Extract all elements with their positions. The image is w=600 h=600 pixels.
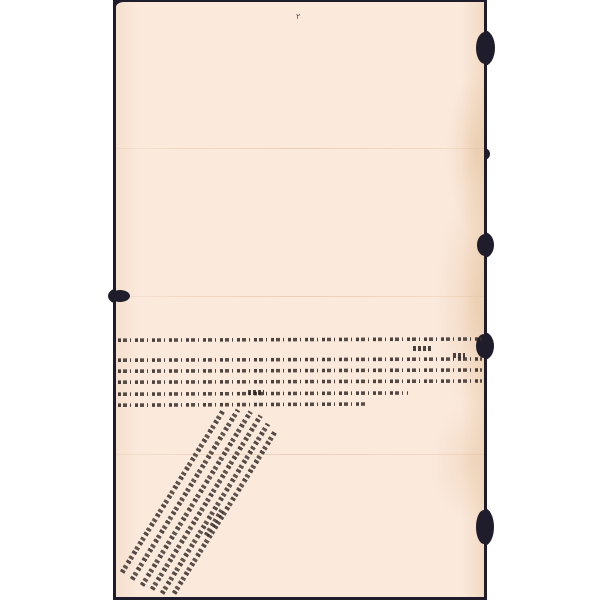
page-number: ٢ — [296, 12, 300, 21]
diagonal-margin-note: Margin note line 1 (diagonal, handwritte… — [118, 395, 268, 595]
body-line-1: Body line 1 (handwritten, illegible at r… — [118, 336, 482, 342]
fold-line-2 — [116, 296, 484, 297]
header-title-word — [413, 346, 431, 351]
body-line-3: Body line 3 (handwritten, illegible at r… — [118, 367, 482, 373]
document-scan: ٢ رقم عنوان مقام Body line 1 (handwritte… — [0, 0, 600, 600]
torn-edge-right-bottom — [476, 510, 492, 544]
torn-edge-right-mid — [477, 234, 493, 256]
fold-line-1 — [116, 148, 484, 149]
torn-edge-left — [110, 290, 130, 302]
body-line-4: Body line 4 (handwritten, illegible at r… — [118, 378, 482, 384]
body-line-2: Body line 2 (handwritten, illegible at r… — [118, 356, 482, 362]
torn-edge-right-top — [476, 32, 494, 64]
